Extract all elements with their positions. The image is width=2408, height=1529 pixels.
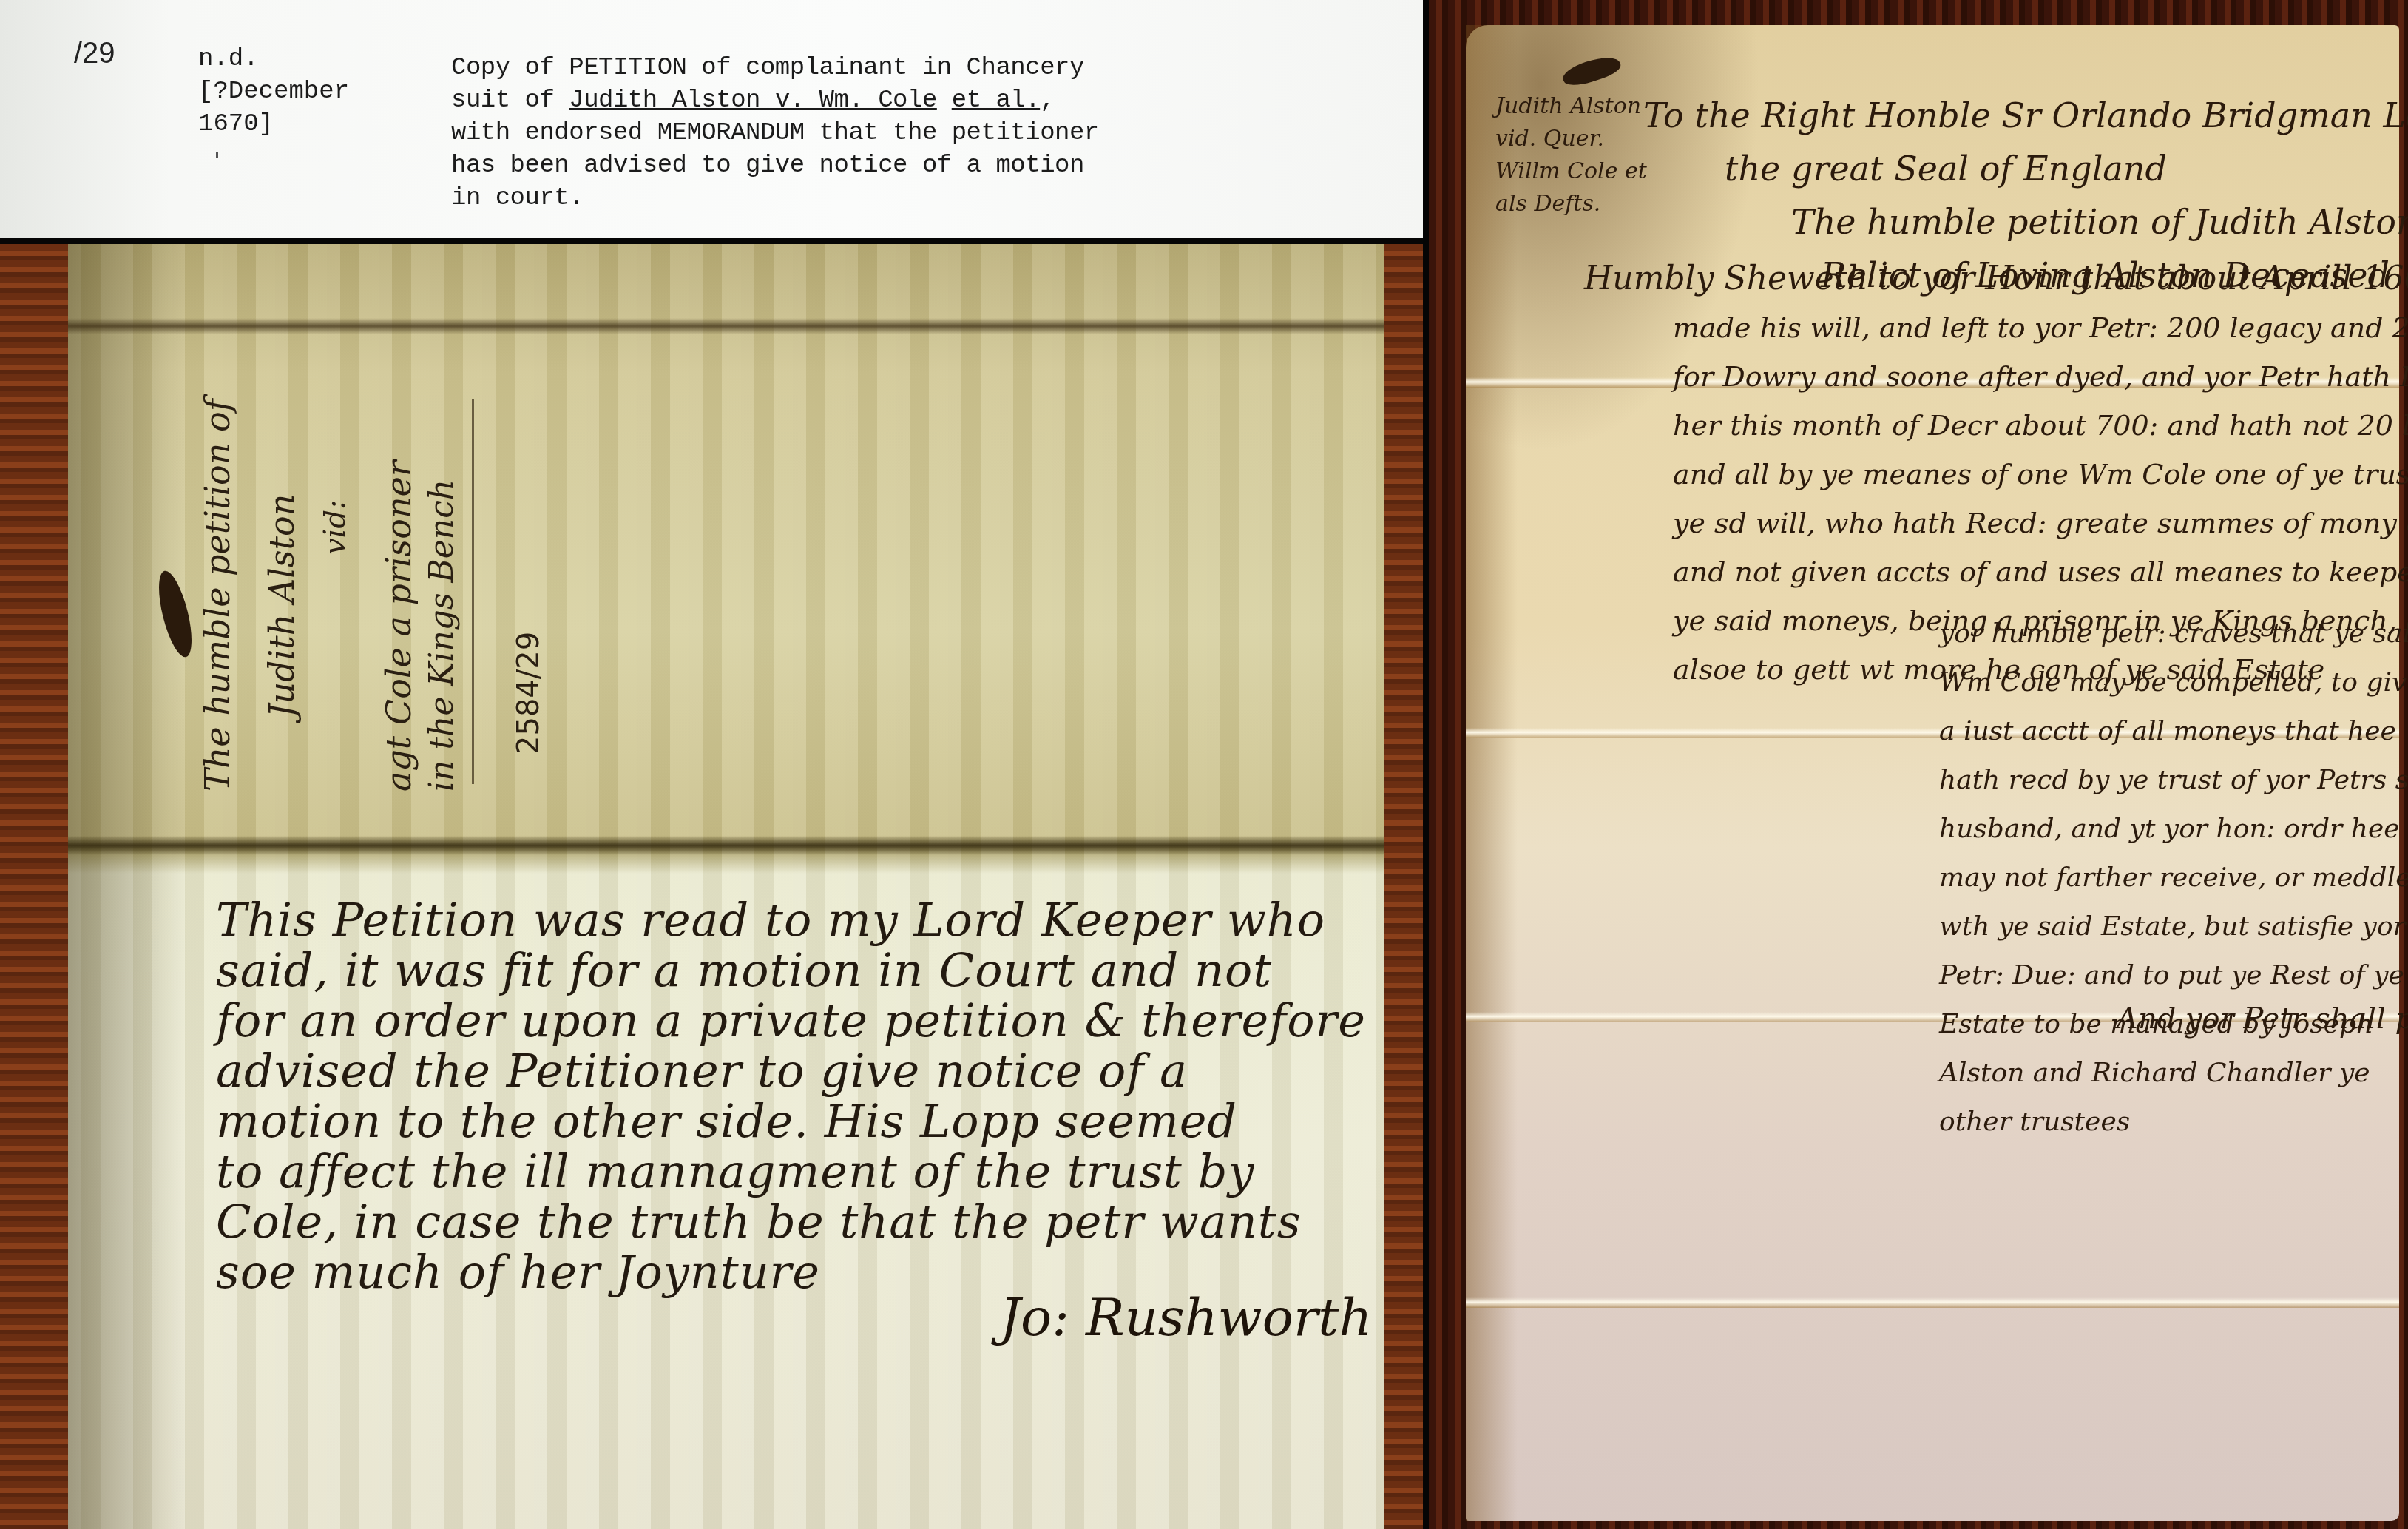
prayer-line: Alston and Richard Chandler ye — [1939, 1049, 2408, 1098]
date-line: 1670] — [198, 108, 349, 141]
description-line-text: suit of Judith Alston v. Wm. Cole et al.… — [451, 87, 1055, 115]
body-line: her this month of Decr about 700: and ha… — [1584, 401, 2408, 450]
paper-fold — [1466, 1297, 2399, 1308]
endorsement-line: Judith Alston — [262, 494, 302, 718]
date-line: n.d. — [198, 43, 349, 75]
paper-shadow — [68, 244, 186, 1529]
paper-shadow — [1466, 25, 1518, 1521]
margin-note-line: als Defts. — [1495, 188, 1647, 220]
signature: Jo: Rushworth — [1000, 1287, 1373, 1348]
paper-fold — [68, 836, 1384, 855]
prayer-line: Petr: Due: and to put ye Rest of ye — [1939, 951, 2408, 1000]
archive-number: 2584/29 — [512, 632, 546, 755]
endorsement-line: agt Cole a prisoner — [379, 460, 419, 791]
prayer-line: hath recd by ye trust of yor Petrs said — [1939, 756, 2408, 805]
margin-note-line: Judith Alston — [1495, 90, 1647, 123]
memorandum-line: motion to the other side. His Lopp seeme… — [216, 1096, 1414, 1147]
petition-prayer: yor humble petr: craves that ye said Wm … — [1939, 610, 2408, 1147]
margin-note-line: vid. Quer. — [1495, 123, 1647, 155]
memorandum-line: advised the Petitioner to give notice of… — [216, 1046, 1414, 1096]
memorandum-line: to affect the ill mannagment of the trus… — [216, 1147, 1414, 1197]
body-line: and not given accts of and uses all mean… — [1584, 547, 2408, 596]
catalogue-reference: /29 — [74, 37, 115, 70]
endorsement-line: in the Kings Bench — [423, 479, 461, 791]
address-line: To the Right Honble Sr Orlando Bridgman … — [1643, 89, 2408, 142]
right-photo-panel: Judith Alston vid. Quer. Willm Cole et a… — [1429, 0, 2408, 1529]
stray-mark — [216, 152, 218, 158]
body-line: and all by ye meanes of one Wm Cole one … — [1584, 450, 2408, 499]
underlined-text: Judith Alston v. Wm. Cole — [569, 87, 937, 115]
horizontal-divider — [0, 238, 1423, 244]
prayer-line: wth ye said Estate, but satisfie yor — [1939, 902, 2408, 951]
address-line: The humble petition of Judith Alston — [1643, 195, 2408, 249]
memorandum-line: said, it was fit for a motion in Court a… — [216, 945, 1414, 996]
petition-closing: And yor Petr shall pray — [2117, 1002, 2408, 1036]
prayer-line: yor humble petr: craves that ye said — [1939, 610, 2408, 658]
catalogue-date: n.d. [?December 1670] — [198, 43, 349, 141]
vertical-divider — [1423, 0, 1429, 1529]
description-line: in court. — [451, 182, 1099, 215]
memorandum-line: Cole, in case the truth be that the petr… — [216, 1197, 1414, 1247]
prayer-line: Wm Cole may be compelled, to give — [1939, 658, 2408, 707]
description-line: Copy of PETITION of complainant in Chanc… — [451, 52, 1099, 84]
margin-note-line: Willm Cole et — [1495, 155, 1647, 188]
body-line: made his will, and left to yor Petr: 200… — [1584, 303, 2408, 352]
catalogue-slip: /29 n.d. [?December 1670] Copy of PETITI… — [0, 0, 1423, 238]
endorsement-line: vid: — [318, 500, 352, 555]
underlined-text: et al. — [952, 87, 1040, 115]
address-line: the great Seal of England — [1643, 142, 2408, 195]
left-photo-panel: The humble petition of Judith Alston vid… — [0, 244, 1423, 1529]
prayer-line: may not farther receive, or meddle — [1939, 854, 2408, 902]
prayer-line: husband, and yt yor hon: ordr hee — [1939, 805, 2408, 854]
prayer-line: a iust acctt of all moneys that hee — [1939, 707, 2408, 756]
body-line: ye sd will, who hath Recd: greate summes… — [1584, 499, 2408, 547]
petition-paper: Judith Alston vid. Quer. Willm Cole et a… — [1466, 25, 2399, 1521]
description-line: has been advised to give notice of a mot… — [451, 149, 1099, 182]
endorsement-line: The humble petition of — [197, 399, 237, 791]
description-line: with endorsed MEMORANDUM that the petiti… — [451, 117, 1099, 149]
date-line: [?December — [198, 75, 349, 108]
paper-fold — [68, 318, 1384, 334]
memorandum-line: This Petition was read to my Lord Keeper… — [216, 895, 1414, 945]
description-line: suit of Judith Alston v. Wm. Cole et al.… — [451, 84, 1099, 117]
ink-flourish — [1560, 52, 1623, 90]
prayer-line: other trustees — [1939, 1098, 2408, 1147]
body-line: Humbly Sheweth to yor Honr that about Ap… — [1584, 254, 2408, 303]
body-line: for Dowry and soone after dyed, and yor … — [1584, 352, 2408, 401]
margin-note: Judith Alston vid. Quer. Willm Cole et a… — [1495, 90, 1647, 220]
endorsement-rule — [472, 399, 474, 784]
endorsed-petition-paper: The humble petition of Judith Alston vid… — [68, 244, 1384, 1529]
catalogue-description: Copy of PETITION of complainant in Chanc… — [451, 52, 1099, 215]
memorandum-line: for an order upon a private petition & t… — [216, 996, 1414, 1046]
memorandum: This Petition was read to my Lord Keeper… — [216, 895, 1414, 1297]
